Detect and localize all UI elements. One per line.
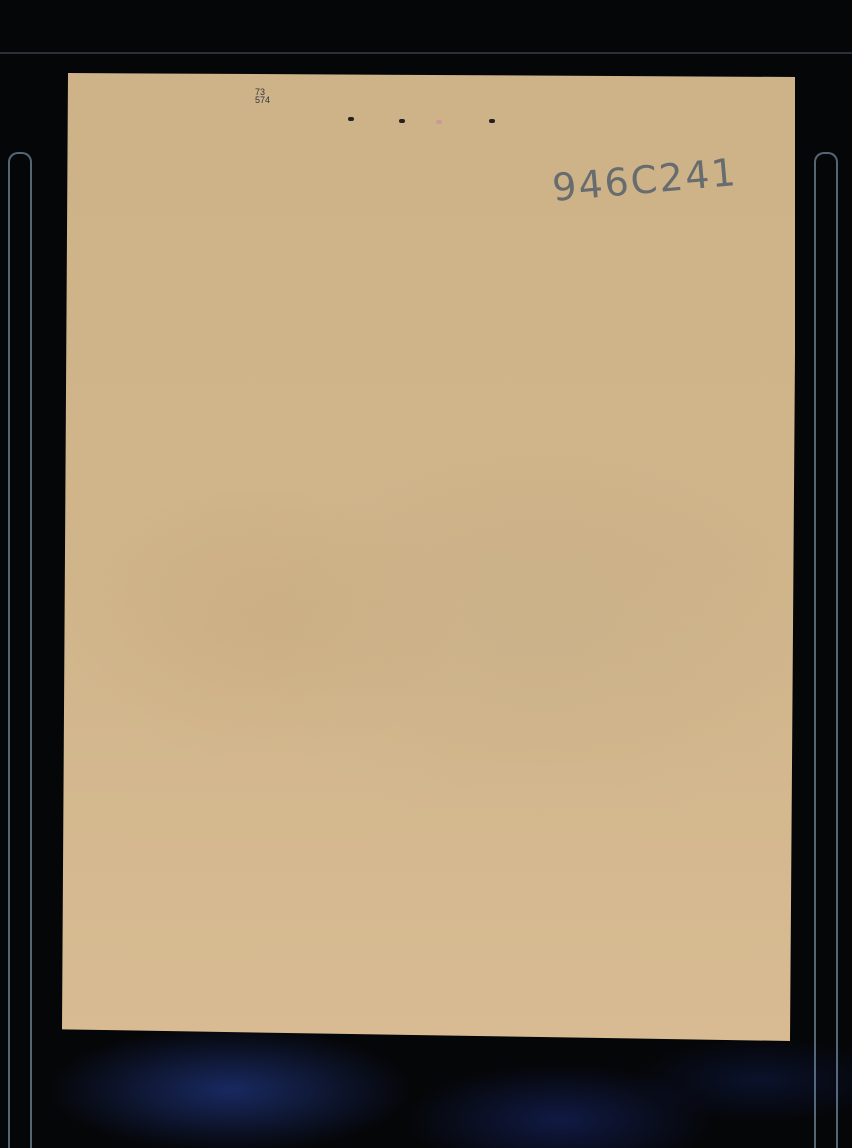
pin-hole [399,119,405,123]
holder-edge-line [0,52,852,54]
trading-card-back [62,73,795,1041]
holder-left-rail [8,152,32,1148]
pin-hole [348,117,354,121]
pin-hole [489,119,495,123]
holder-right-rail [814,152,838,1148]
corner-stamp: 73 574 [255,88,277,106]
pin-hole [436,120,442,124]
